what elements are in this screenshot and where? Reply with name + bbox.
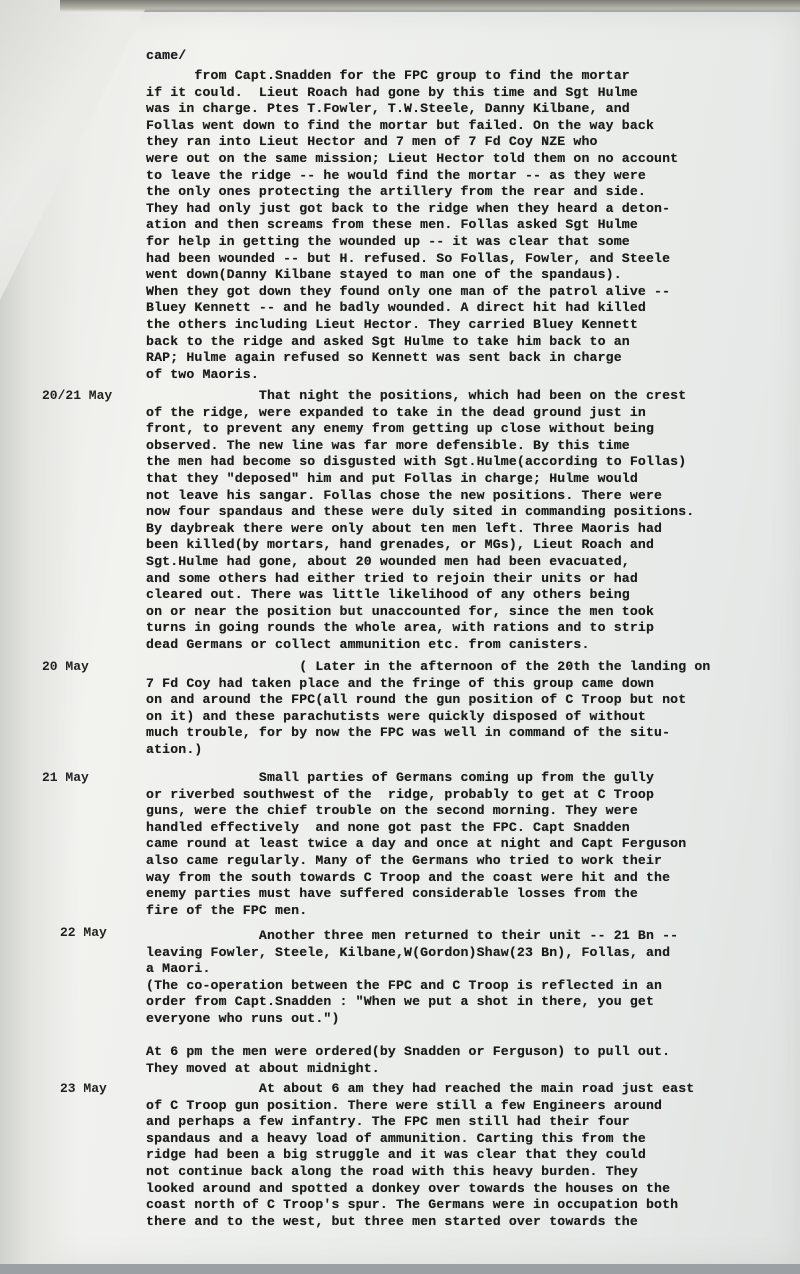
paragraph-20-may: ( Later in the afternoon of the 20th the… <box>146 659 710 759</box>
date-label: 23 May <box>60 1081 107 1096</box>
date-label: 21 May <box>42 770 89 785</box>
paragraph-23-may: At about 6 am they had reached the main … <box>146 1081 694 1230</box>
top-edge-shadow <box>60 0 800 12</box>
date-label: 20/21 May <box>42 388 112 403</box>
bottom-edge <box>0 1264 800 1274</box>
date-label: 22 May <box>60 925 107 940</box>
paragraph-22-may: Another three men returned to their unit… <box>146 928 678 1077</box>
paragraph-21-may: Small parties of Germans coming up from … <box>146 770 686 919</box>
paragraph-20-21-may: That night the positions, which had been… <box>146 388 694 654</box>
date-label: 20 May <box>42 659 89 674</box>
paragraph-intro: from Capt.Snadden for the FPC group to f… <box>146 68 678 383</box>
continuation-marker: came/ <box>146 48 186 65</box>
